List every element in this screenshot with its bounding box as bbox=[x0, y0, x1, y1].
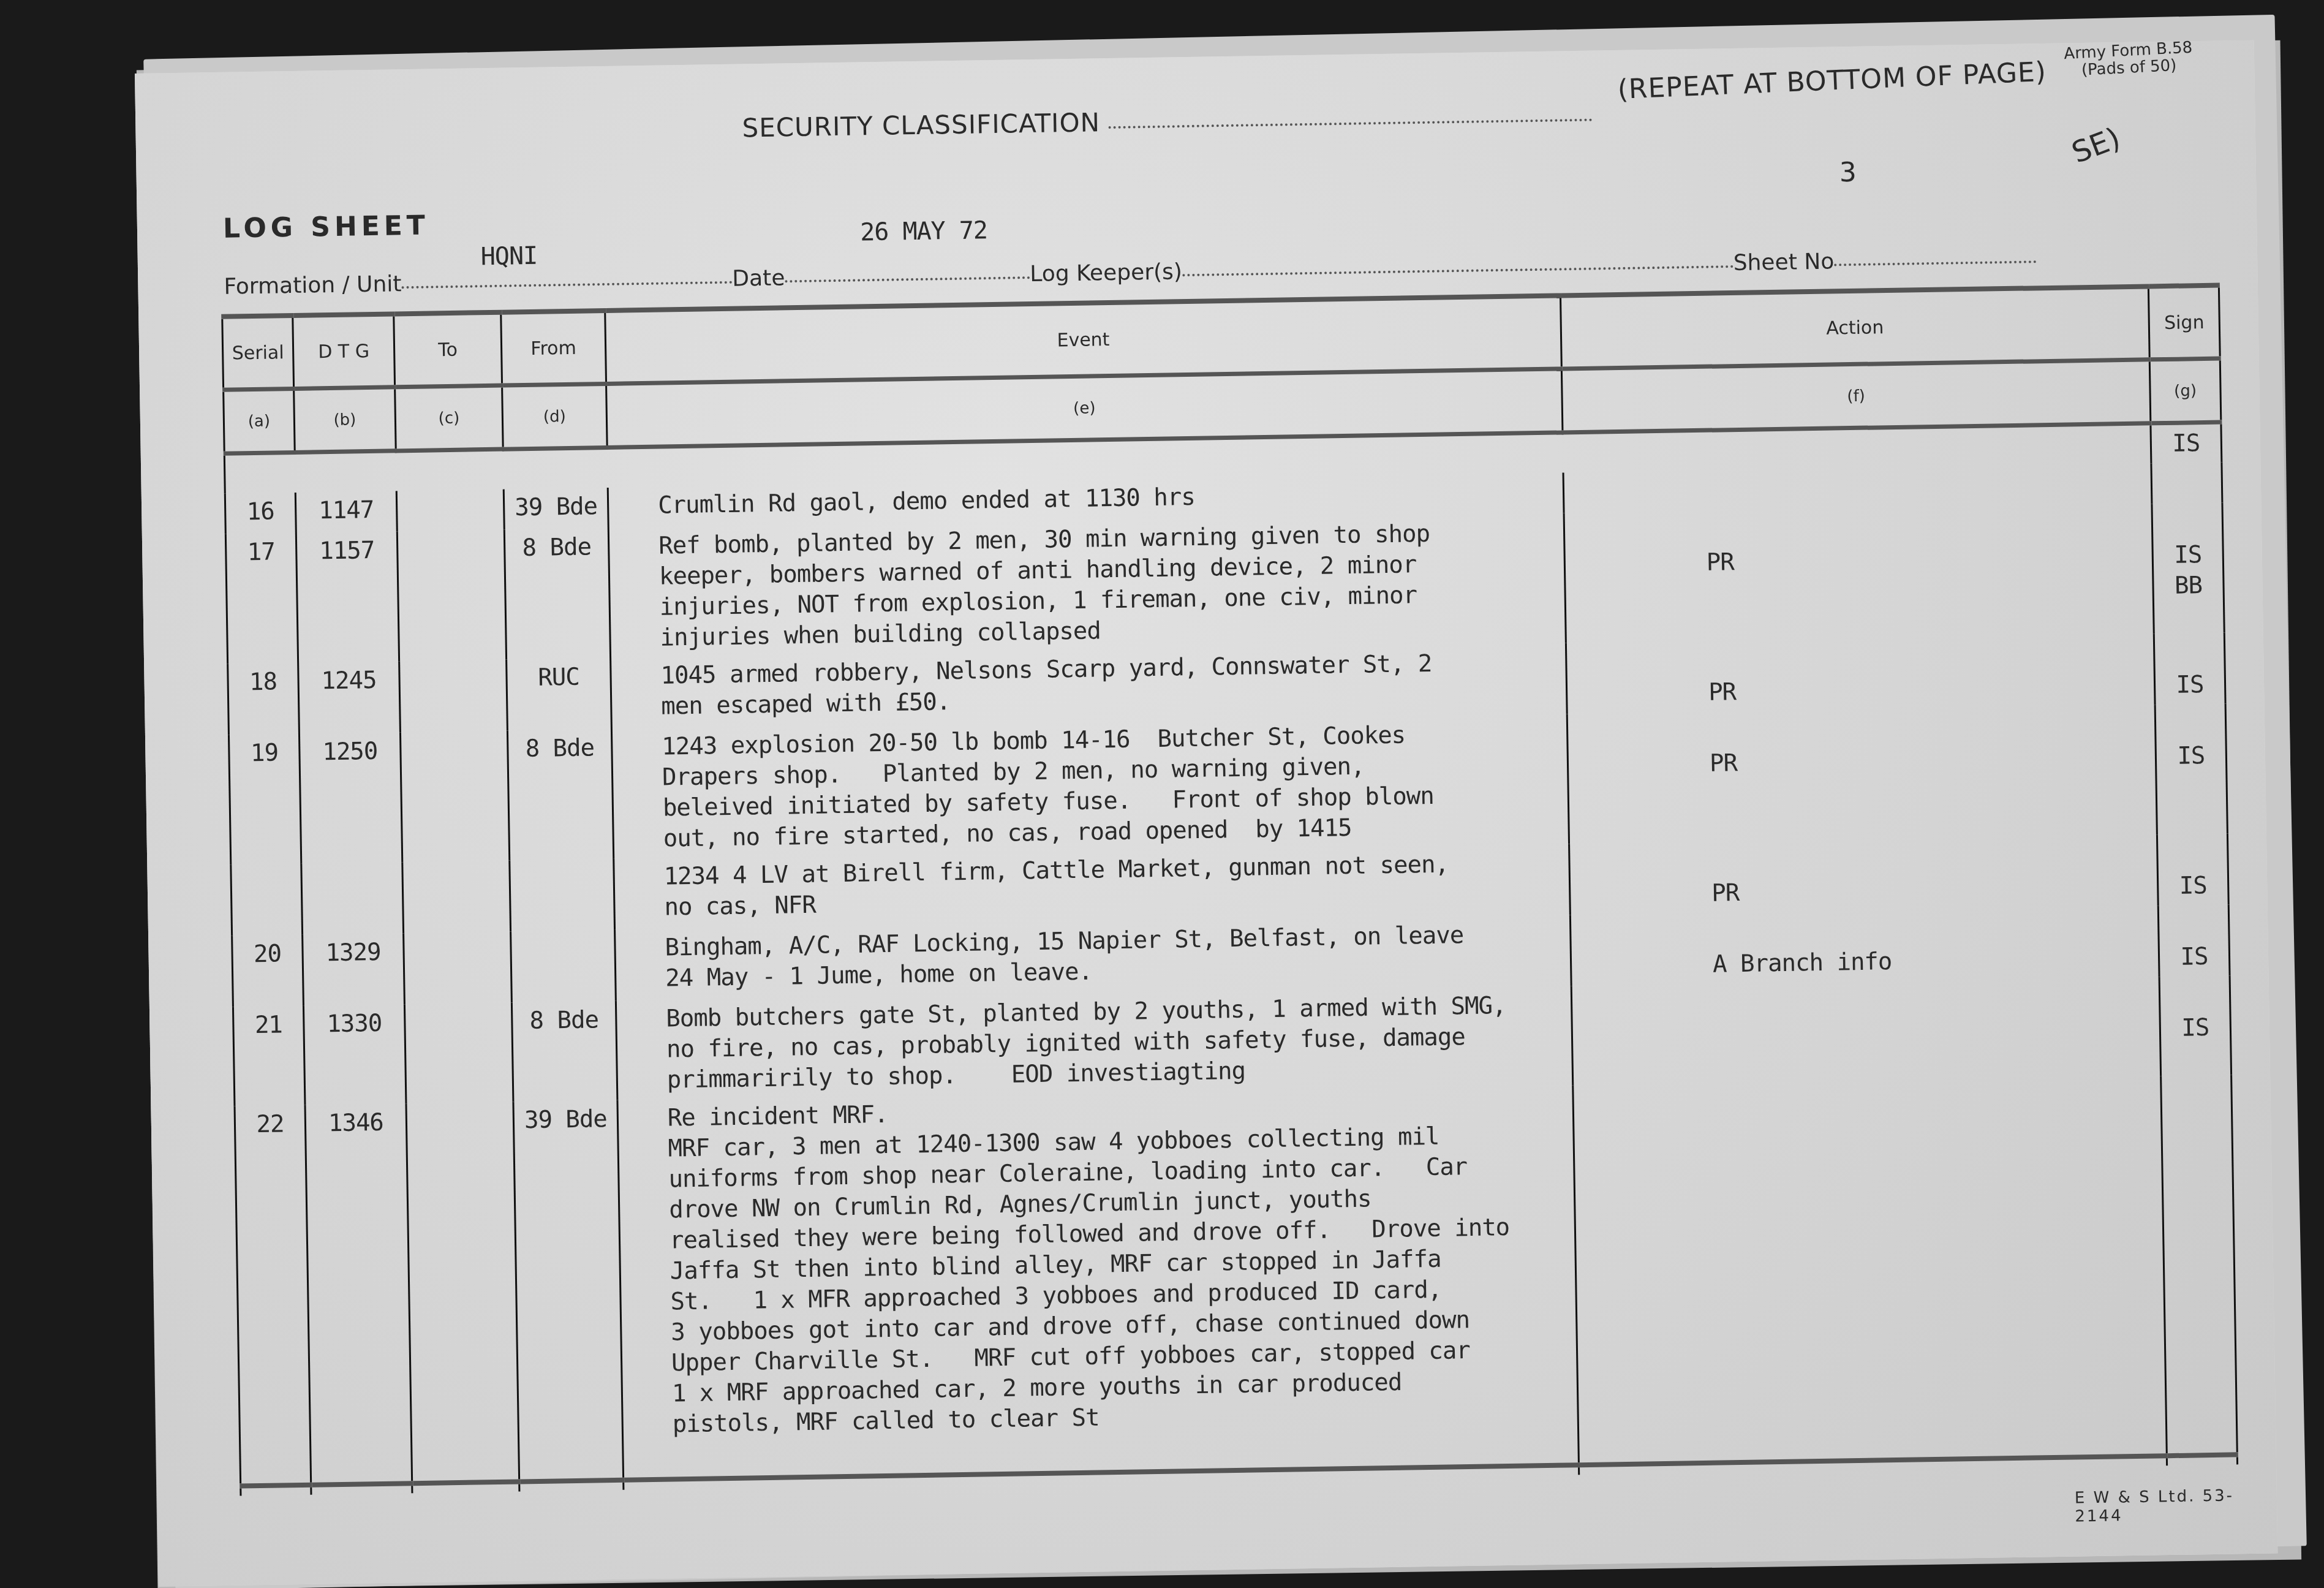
security-label: SECURITY CLASSIFICATION bbox=[742, 107, 1100, 143]
from-cell bbox=[510, 859, 615, 932]
dtg-cell: 1329 bbox=[303, 933, 405, 1006]
to-cell bbox=[404, 1003, 513, 1104]
action-cell: PR bbox=[1566, 633, 2155, 714]
dtg-cell: 1346 bbox=[305, 1103, 412, 1485]
col-to: To bbox=[394, 312, 502, 387]
date-field bbox=[785, 276, 1030, 282]
to-cell bbox=[399, 660, 508, 733]
date-value: 26 MAY 72 bbox=[860, 216, 987, 246]
serial-cell: 18 bbox=[228, 663, 300, 735]
to-cell bbox=[396, 490, 504, 532]
dtg-cell bbox=[301, 862, 404, 935]
sign-cell bbox=[2161, 1075, 2238, 1456]
sheet-number-value: 3 bbox=[1839, 157, 1857, 188]
serial-cell: 20 bbox=[232, 935, 304, 1007]
action-cell: PR bbox=[1564, 504, 2154, 643]
action-cell bbox=[1573, 1076, 2167, 1465]
formation-field bbox=[402, 281, 733, 289]
date-label: Date bbox=[732, 265, 785, 291]
to-cell bbox=[402, 861, 511, 934]
action-cell: PR bbox=[1567, 705, 2157, 844]
serial-cell: 17 bbox=[225, 533, 298, 664]
sheetno-label: Sheet No bbox=[1733, 249, 1834, 276]
handwritten-mark: SE) bbox=[2067, 121, 2125, 170]
code-d: (d) bbox=[502, 384, 608, 449]
col-action: Action bbox=[1560, 286, 2149, 369]
event-cell: Ref bomb, planted by 2 men, 30 min warni… bbox=[608, 513, 1566, 657]
action-cell bbox=[1571, 977, 2160, 1085]
code-g: (g) bbox=[2149, 358, 2221, 423]
log-sheet-page: Army Form B.58 (Pads of 50) (REPEAT AT B… bbox=[135, 40, 2277, 1587]
sign-cell bbox=[2151, 463, 2222, 504]
to-cell bbox=[406, 1102, 519, 1484]
col-sign: Sign bbox=[2148, 285, 2220, 360]
serial-cell: 19 bbox=[228, 734, 301, 865]
repeat-note: (REPEAT AT BOTTOM OF PAGE) bbox=[1617, 56, 2047, 105]
serial-cell: 16 bbox=[225, 493, 296, 534]
dtg-cell: 1157 bbox=[296, 531, 399, 663]
security-classification: SECURITY CLASSIFICATION bbox=[742, 100, 1593, 143]
formation-value: HQNI bbox=[480, 242, 537, 271]
from-cell: 39 Bde bbox=[504, 488, 608, 530]
code-b: (b) bbox=[294, 387, 396, 453]
code-a: (a) bbox=[224, 388, 295, 453]
sign-cell: IS bbox=[2155, 704, 2227, 835]
to-cell bbox=[400, 731, 509, 863]
sign-cell: IS BB bbox=[2152, 503, 2224, 634]
dtg-cell: 1330 bbox=[303, 1004, 406, 1105]
serial-cell: 21 bbox=[233, 1006, 305, 1106]
from-cell: RUC bbox=[507, 658, 612, 731]
from-cell: 8 Bde bbox=[507, 729, 613, 861]
serial-cell: 22 bbox=[235, 1105, 311, 1486]
dtg-cell: 1147 bbox=[295, 491, 397, 533]
event-cell: Re incident MRF. MRF car, 3 men at 1240-… bbox=[617, 1085, 1579, 1480]
logkeeper-label: Log Keeper(s) bbox=[1030, 259, 1182, 287]
sign-cell: IS bbox=[2159, 975, 2232, 1076]
from-cell: 8 Bde bbox=[511, 1001, 617, 1102]
event-cell: 1243 explosion 20-50 lb bomb 14-16 Butch… bbox=[611, 714, 1569, 858]
sign-cell: IS bbox=[2151, 422, 2222, 463]
printer-imprint: E W & S Ltd. 53-2144 bbox=[2075, 1486, 2277, 1526]
action-cell: PR bbox=[1569, 834, 2159, 915]
sign-cell: IS bbox=[2158, 904, 2230, 977]
dtg-cell: 1245 bbox=[298, 661, 401, 734]
table-row: 22134639 BdeRe incident MRF. MRF car, 3 … bbox=[235, 1075, 2237, 1486]
col-dtg: D T G bbox=[293, 314, 395, 388]
dtg-cell: 1250 bbox=[299, 732, 402, 864]
serial-cell bbox=[231, 864, 303, 936]
col-from: From bbox=[501, 311, 606, 385]
page-title: LOG SHEET bbox=[223, 210, 430, 244]
security-field bbox=[1109, 119, 1593, 129]
from-cell: 8 Bde bbox=[504, 528, 610, 660]
code-f: (f) bbox=[1561, 360, 2151, 433]
logkeeper-field bbox=[1182, 265, 1734, 276]
sign-cell: IS bbox=[2154, 633, 2225, 705]
from-cell: 39 Bde bbox=[513, 1100, 624, 1482]
log-entries: IS 16114739 BdeCrumlin Rd gaol, demo end… bbox=[224, 422, 2237, 1486]
army-form-id: Army Form B.58 (Pads of 50) bbox=[2064, 39, 2194, 80]
code-c: (c) bbox=[395, 385, 504, 451]
sheetno-field bbox=[1834, 260, 2036, 266]
from-cell bbox=[511, 930, 616, 1003]
log-table: Serial D T G To From Event Action Sign (… bbox=[221, 283, 2238, 1496]
to-cell bbox=[404, 932, 512, 1005]
event-cell: Bomb butchers gate St, planted by 2 yout… bbox=[616, 986, 1572, 1100]
to-cell bbox=[397, 530, 506, 662]
sign-cell: IS bbox=[2157, 833, 2228, 906]
col-serial: Serial bbox=[222, 316, 294, 390]
formation-label: Formation / Unit bbox=[224, 271, 402, 300]
action-cell: A Branch info bbox=[1570, 906, 2159, 986]
